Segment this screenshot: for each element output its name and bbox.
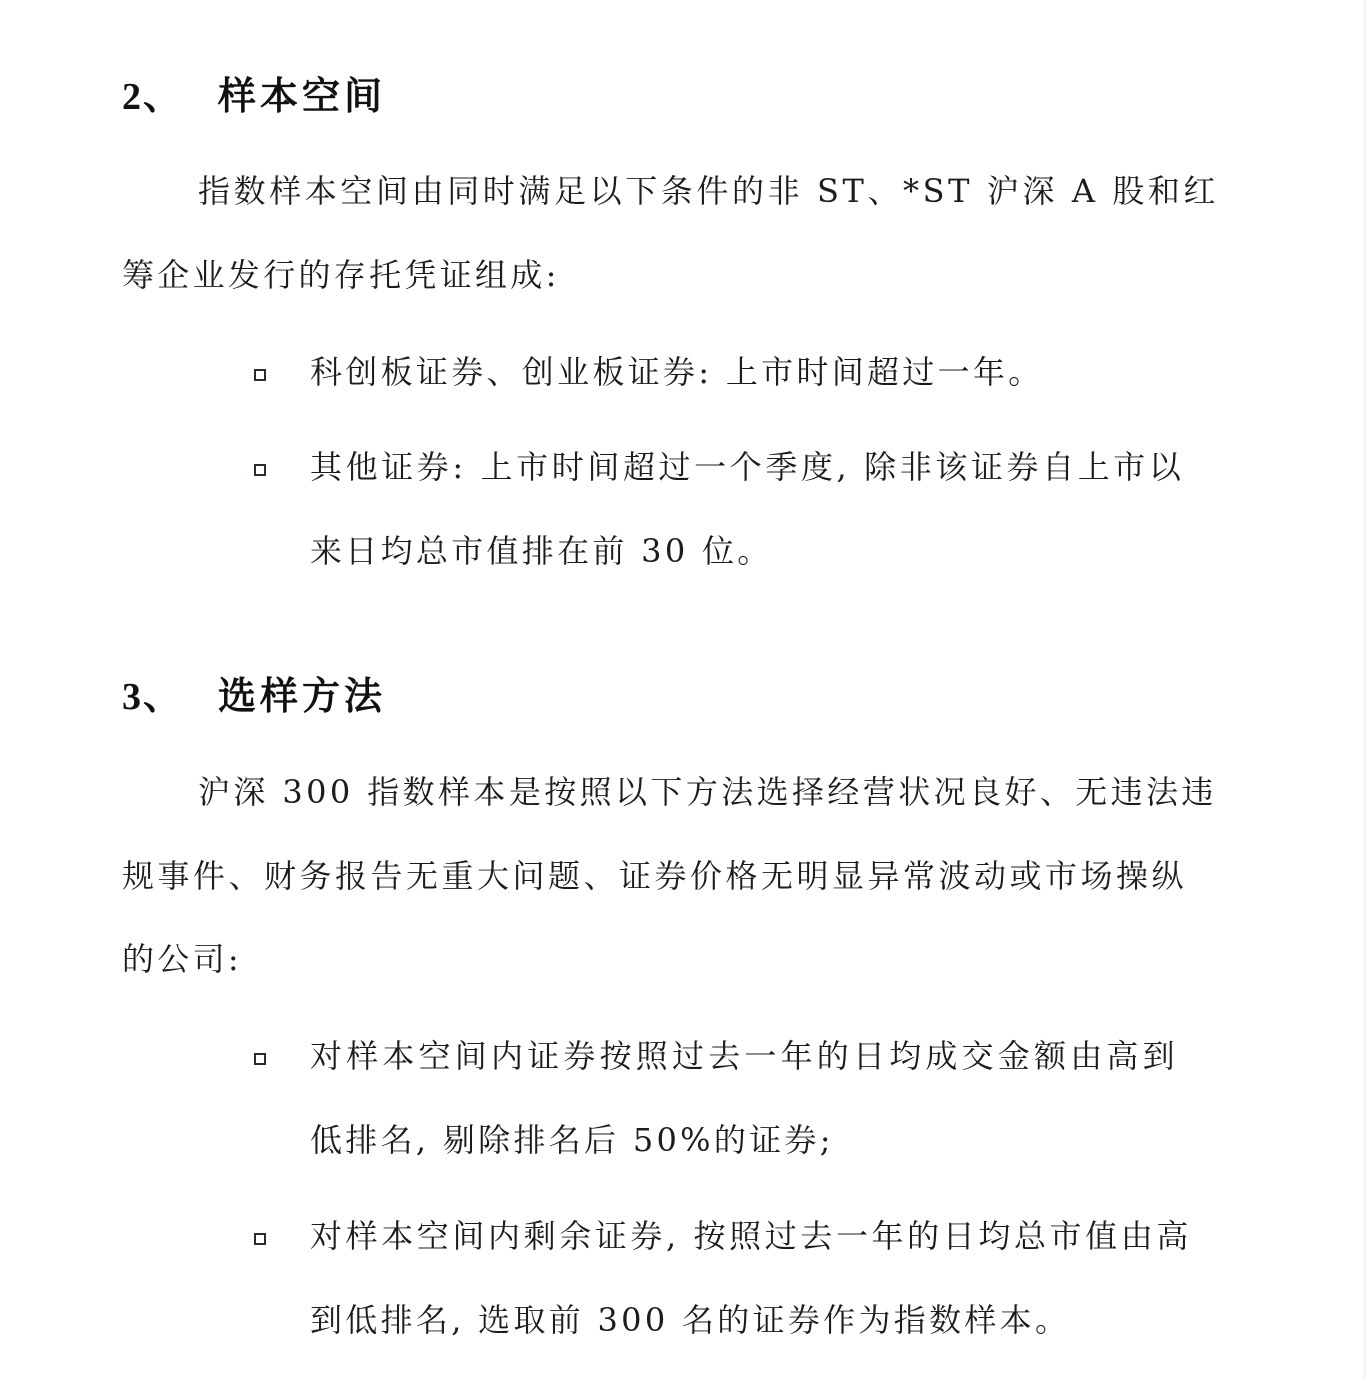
section-heading-sample-space: 2、样本空间	[122, 72, 386, 121]
section-title: 选样方法	[218, 674, 386, 718]
section-title: 样本空间	[218, 74, 386, 118]
bullet-line: 对样本空间内剩余证券, 按照过去一年的日均总市值由高	[310, 1216, 1192, 1256]
hollow-square-icon	[254, 1233, 266, 1245]
hollow-square-icon	[254, 369, 266, 381]
paragraph-line: 规事件、财务报告无重大问题、证券价格无明显异常波动或市场操纵	[122, 856, 1187, 896]
paragraph-line: 筹企业发行的存托凭证组成:	[122, 255, 560, 295]
bullet-line: 科创板证券、创业板证券: 上市时间超过一年。	[310, 352, 1044, 392]
document-page: 2、样本空间 指数样本空间由同时满足以下条件的非 ST、*ST 沪深 A 股和红…	[0, 0, 1366, 1378]
paragraph-line: 沪深 300 指数样本是按照以下方法选择经营状况良好、无违法违	[198, 772, 1217, 812]
bullet-line: 对样本空间内证券按照过去一年的日均成交金额由高到	[310, 1036, 1179, 1076]
paragraph-line: 的公司:	[122, 939, 242, 979]
bullet-line: 其他证券: 上市时间超过一个季度, 除非该证券自上市以	[310, 447, 1185, 487]
page-edge	[1362, 0, 1366, 1378]
hollow-square-icon	[254, 464, 266, 476]
hollow-square-icon	[254, 1053, 266, 1065]
bullet-line: 低排名, 剔除排名后 50%的证券;	[310, 1120, 834, 1160]
section-number: 2、	[122, 73, 218, 121]
paragraph-line: 指数样本空间由同时满足以下条件的非 ST、*ST 沪深 A 股和红	[198, 171, 1219, 211]
bullet-line: 来日均总市值排在前 30 位。	[310, 531, 773, 571]
section-heading-selection-method: 3、选样方法	[122, 672, 386, 721]
section-number: 3、	[122, 673, 218, 721]
bullet-line: 到低排名, 选取前 300 名的证券作为指数样本。	[310, 1300, 1070, 1340]
